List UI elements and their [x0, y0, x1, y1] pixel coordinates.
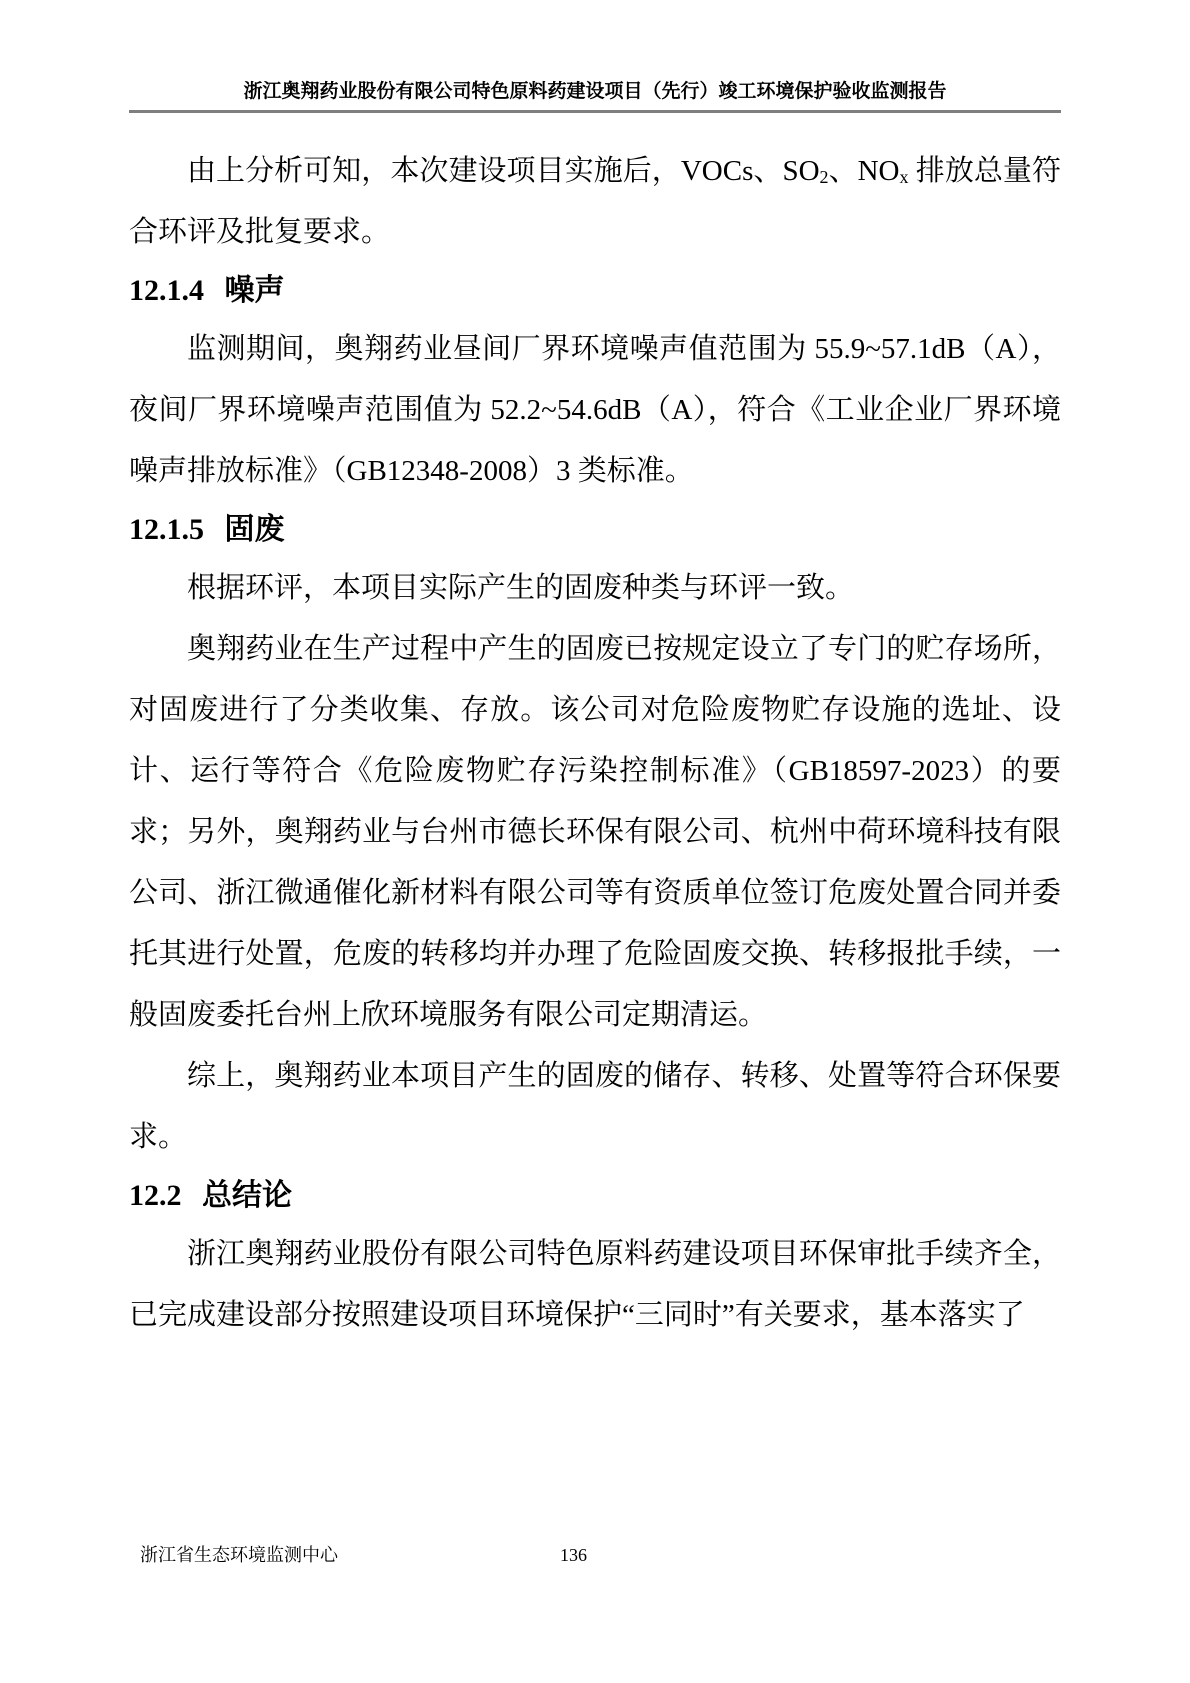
intro-paragraph: 由上分析可知，本次建设项目实施后，VOCs、SO2、NOx 排放总量符合环评及批…	[129, 141, 1061, 263]
heading-label: 噪声	[225, 274, 285, 307]
conclusion-paragraph: 浙江奥翔药业股份有限公司特色原料药建设项目环保审批手续齐全，已完成建设部分按照建…	[129, 1224, 1061, 1346]
section-heading-conclusion: 12.2 总结论	[129, 1174, 1061, 1218]
section-heading-noise: 12.1.4 噪声	[129, 269, 1061, 313]
page-footer: 浙江省生态环境监测中心 136	[0, 1542, 1190, 1568]
solid-waste-paragraph-2: 奥翔药业在生产过程中产生的固废已按规定设立了专门的贮存场所，对固废进行了分类收集…	[129, 619, 1061, 1046]
heading-number: 12.2	[129, 1179, 182, 1212]
document-page: 浙江奥翔药业股份有限公司特色原料药建设项目（先行）竣工环境保护验收监测报告 由上…	[0, 0, 1190, 1683]
header-rule	[129, 110, 1061, 113]
heading-number: 12.1.4	[129, 274, 204, 307]
noise-paragraph: 监测期间，奥翔药业昼间厂界环境噪声值范围为 55.9~57.1dB（A），夜间厂…	[129, 319, 1061, 502]
solid-waste-paragraph-1: 根据环评，本项目实际产生的固废种类与环评一致。	[129, 558, 1061, 619]
solid-waste-paragraph-3: 综上，奥翔药业本项目产生的固废的储存、转移、处置等符合环保要求。	[129, 1046, 1061, 1168]
page-header: 浙江奥翔药业股份有限公司特色原料药建设项目（先行）竣工环境保护验收监测报告	[129, 80, 1061, 113]
section-heading-solid-waste: 12.1.5 固废	[129, 508, 1061, 552]
heading-number: 12.1.5	[129, 513, 204, 546]
heading-label: 总结论	[202, 1179, 292, 1212]
document-body: 由上分析可知，本次建设项目实施后，VOCs、SO2、NOx 排放总量符合环评及批…	[129, 141, 1061, 1346]
heading-label: 固废	[225, 513, 285, 546]
header-title: 浙江奥翔药业股份有限公司特色原料药建设项目（先行）竣工环境保护验收监测报告	[129, 80, 1061, 104]
footer-page-number: 136	[560, 1542, 587, 1568]
footer-organization: 浙江省生态环境监测中心	[140, 1542, 338, 1568]
